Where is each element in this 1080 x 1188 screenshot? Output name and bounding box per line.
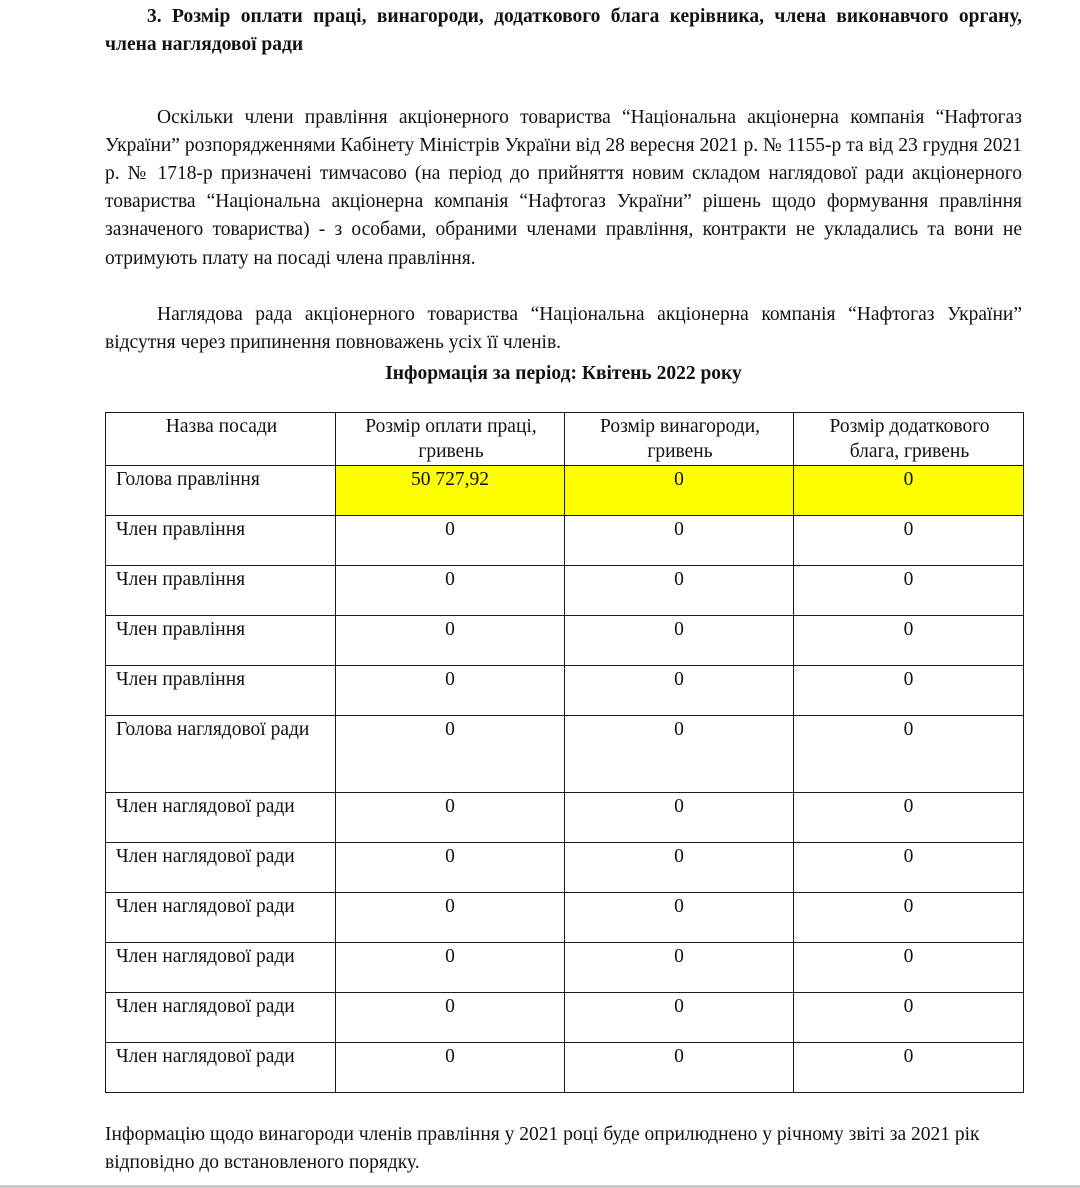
table-row: Член наглядової ради000: [106, 793, 1024, 843]
cell-benefit: 0: [794, 943, 1024, 993]
cell-position: Член наглядової ради: [106, 993, 336, 1043]
table-row: Член правління000: [106, 566, 1024, 616]
cell-benefit: 0: [794, 466, 1024, 516]
cell-benefit: 0: [794, 516, 1024, 566]
cell-reward: 0: [565, 466, 794, 516]
cell-position: Член наглядової ради: [106, 1043, 336, 1093]
cell-reward: 0: [565, 516, 794, 566]
cell-benefit: 0: [794, 893, 1024, 943]
cell-benefit: 0: [794, 666, 1024, 716]
cell-salary: 0: [336, 566, 565, 616]
cell-position: Член наглядової ради: [106, 893, 336, 943]
cell-salary: 50 727,92: [336, 466, 565, 516]
cell-salary: 0: [336, 843, 565, 893]
cell-salary: 0: [336, 893, 565, 943]
cell-reward: 0: [565, 993, 794, 1043]
cell-benefit: 0: [794, 716, 1024, 793]
cell-reward: 0: [565, 616, 794, 666]
table-row: Голова правління50 727,9200: [106, 466, 1024, 516]
cell-reward: 0: [565, 566, 794, 616]
cell-position: Член правління: [106, 616, 336, 666]
header-salary: Розмір оплати праці, гривень: [336, 413, 565, 466]
cell-salary: 0: [336, 793, 565, 843]
cell-reward: 0: [565, 716, 794, 793]
paragraph-supervisory-board: Наглядова рада акціонерного товариства “…: [105, 301, 1022, 357]
cell-benefit: 0: [794, 616, 1024, 666]
header-position: Назва посади: [106, 413, 336, 466]
cell-salary: 0: [336, 716, 565, 793]
table-row: Член правління000: [106, 616, 1024, 666]
cell-reward: 0: [565, 843, 794, 893]
header-reward: Розмір винагороди, гривень: [565, 413, 794, 466]
cell-salary: 0: [336, 993, 565, 1043]
cell-salary: 0: [336, 666, 565, 716]
table-row: Член правління000: [106, 516, 1024, 566]
cell-benefit: 0: [794, 566, 1024, 616]
cell-reward: 0: [565, 666, 794, 716]
cell-position: Член наглядової ради: [106, 943, 336, 993]
footer-note: Інформацію щодо винагороди членів правлі…: [105, 1121, 1022, 1177]
table-row: Голова наглядової ради000: [106, 716, 1024, 793]
section-heading-text: Розмір оплати праці, винагороди, додатко…: [105, 6, 1022, 55]
header-benefit: Розмір додаткового блага, гривень: [794, 413, 1024, 466]
cell-reward: 0: [565, 893, 794, 943]
table-title: Інформація за період: Квітень 2022 року: [105, 360, 1022, 388]
cell-salary: 0: [336, 616, 565, 666]
table-header-row: Назва посади Розмір оплати праці, гривен…: [106, 413, 1024, 466]
paragraph-board-appointment: Оскільки члени правління акціонерного то…: [105, 104, 1022, 273]
cell-reward: 0: [565, 1043, 794, 1093]
document-page: 3. Розмір оплати праці, винагороди, дода…: [0, 0, 1080, 1186]
cell-position: Голова наглядової ради: [106, 716, 336, 793]
section-number: 3.: [105, 6, 162, 27]
table-row: Член наглядової ради000: [106, 993, 1024, 1043]
table-body: Голова правління50 727,9200Член правлінн…: [106, 466, 1024, 1093]
cell-benefit: 0: [794, 1043, 1024, 1093]
table-row: Член наглядової ради000: [106, 893, 1024, 943]
cell-reward: 0: [565, 793, 794, 843]
cell-salary: 0: [336, 943, 565, 993]
cell-position: Член наглядової ради: [106, 843, 336, 893]
cell-salary: 0: [336, 516, 565, 566]
cell-benefit: 0: [794, 993, 1024, 1043]
cell-position: Голова правління: [106, 466, 336, 516]
cell-benefit: 0: [794, 793, 1024, 843]
cell-position: Член правління: [106, 666, 336, 716]
cell-benefit: 0: [794, 843, 1024, 893]
table-row: Член наглядової ради000: [106, 943, 1024, 993]
compensation-table: Назва посади Розмір оплати праці, гривен…: [105, 412, 1024, 1093]
cell-position: Член правління: [106, 566, 336, 616]
cell-position: Член наглядової ради: [106, 793, 336, 843]
cell-salary: 0: [336, 1043, 565, 1093]
section-heading: 3. Розмір оплати праці, винагороди, дода…: [105, 3, 1022, 59]
table-row: Член наглядової ради000: [106, 843, 1024, 893]
table-row: Член правління000: [106, 666, 1024, 716]
cell-reward: 0: [565, 943, 794, 993]
table-row: Член наглядової ради000: [106, 1043, 1024, 1093]
cell-position: Член правління: [106, 516, 336, 566]
